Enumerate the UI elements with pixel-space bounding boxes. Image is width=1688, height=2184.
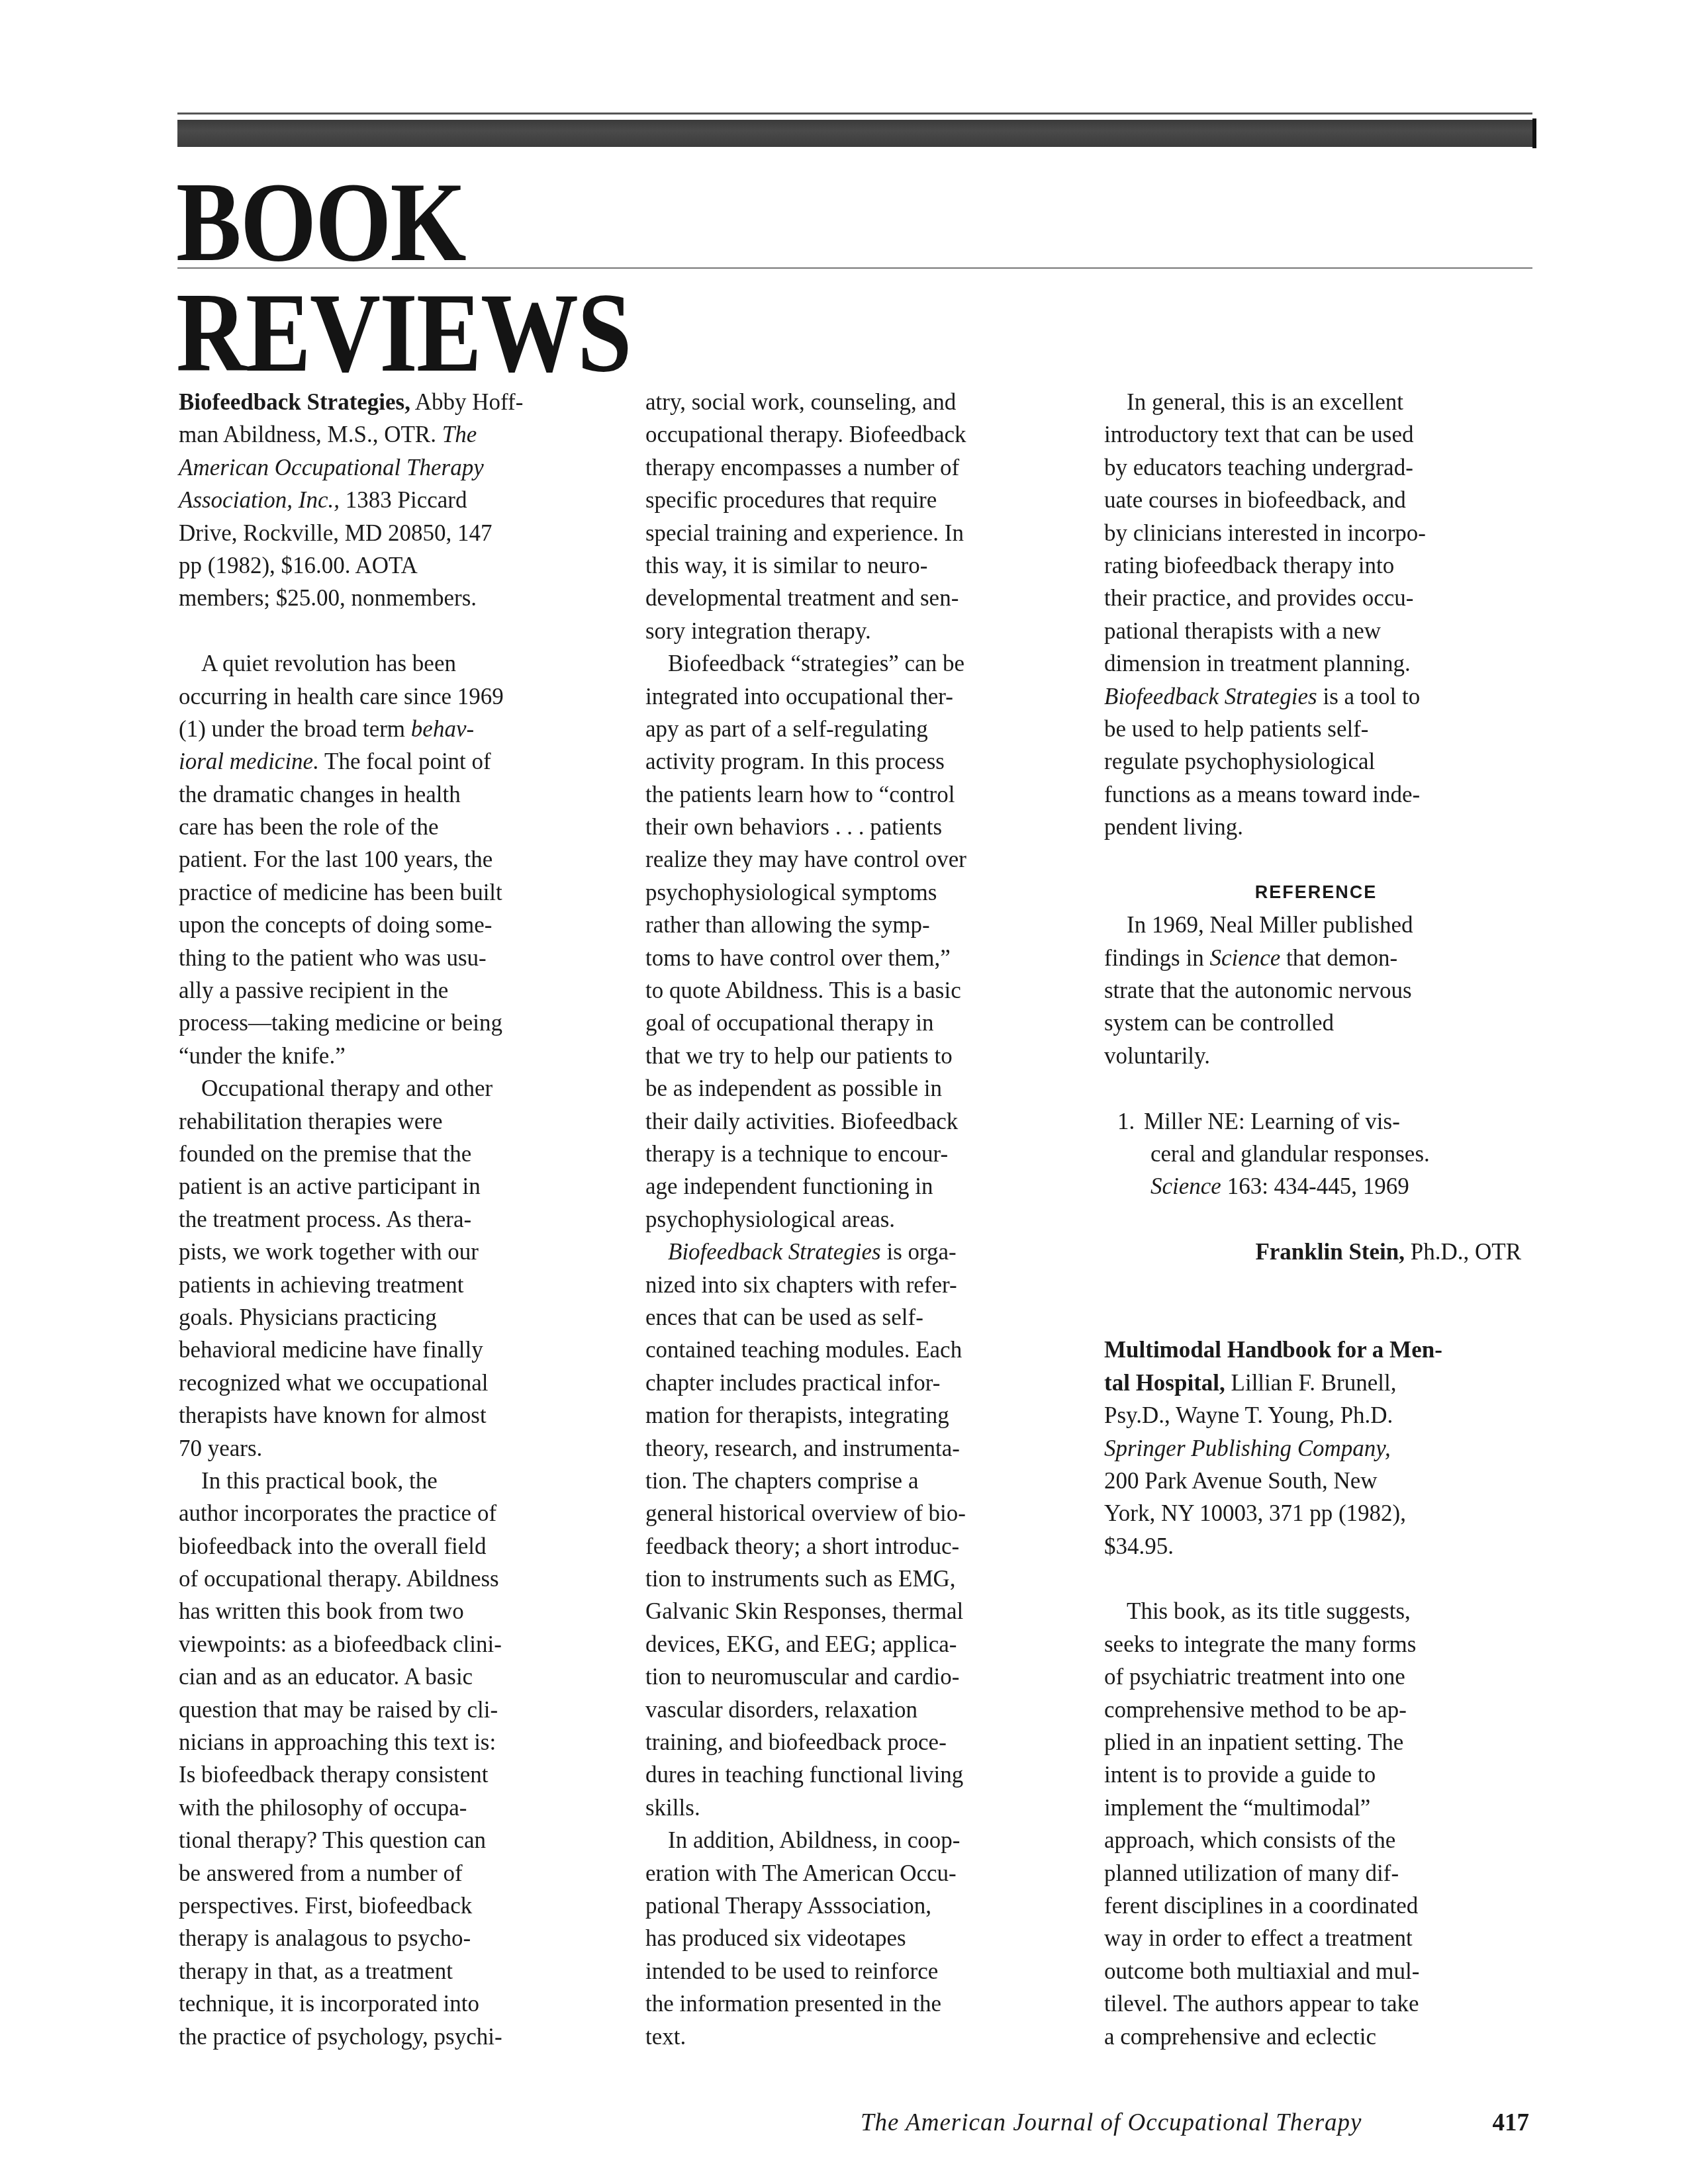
text-line: ferent disciplines in a coordinated <box>1104 1889 1528 1922</box>
header-bar <box>177 120 1532 147</box>
page-footer: The American Journal of Occupational The… <box>861 2109 1529 2137</box>
spacer <box>1104 1301 1528 1334</box>
text-line: their own behaviors . . . patients <box>645 811 1069 843</box>
text-line: viewpoints: as a biofeedback clini- <box>179 1628 602 1661</box>
text-line: tion to instruments such as EMG, <box>645 1563 1069 1595</box>
text-line: uate courses in biofeedback, and <box>1104 484 1528 516</box>
text-line: this way, it is similar to neuro- <box>645 549 1069 582</box>
text-line: has produced six videotapes <box>645 1922 1069 1954</box>
text-line: the patients learn how to “control <box>645 778 1069 811</box>
text-line: realize they may have control over <box>645 843 1069 876</box>
text-line: nicians in approaching this text is: <box>179 1726 602 1758</box>
text-line: be as independent as possible in <box>645 1072 1069 1105</box>
text-line: to quote Abildness. This is a basic <box>645 974 1069 1007</box>
text-line: toms to have control over them,” <box>645 942 1069 974</box>
text-line: planned utilization of many dif- <box>1104 1857 1528 1889</box>
citation-line: York, NY 10003, 371 pp (1982), <box>1104 1497 1528 1529</box>
text-line: voluntarily. <box>1104 1040 1528 1072</box>
text-line: In this practical book, the <box>179 1465 602 1497</box>
text-line: therapy is analagous to psycho- <box>179 1922 602 1954</box>
text-line: Biofeedback Strategies is a tool to <box>1104 680 1528 713</box>
text-line: text. <box>645 2021 1069 2053</box>
text-line: tional therapy? This question can <box>179 1824 602 1856</box>
text-line: patients in achieving treatment <box>179 1269 602 1301</box>
text-line: rating biofeedback therapy into <box>1104 549 1528 582</box>
page-number: 417 <box>1493 2109 1530 2137</box>
text-line: specific procedures that require <box>645 484 1069 516</box>
citation-line: American Occupational Therapy <box>179 451 602 484</box>
text-line: be answered from a number of <box>179 1857 602 1889</box>
text-line: pational therapists with a new <box>1104 615 1528 647</box>
text-line: developmental treatment and sen- <box>645 582 1069 614</box>
citation-line: pp (1982), $16.00. AOTA <box>179 549 602 582</box>
text-line: Biofeedback “strategies” can be <box>645 647 1069 680</box>
text-line: question that may be raised by cli- <box>179 1694 602 1726</box>
text-line: founded on the premise that the <box>179 1138 602 1170</box>
citation-line: tal Hospital, Lillian F. Brunell, <box>1104 1367 1528 1399</box>
text-line: Biofeedback Strategies is orga- <box>645 1236 1069 1268</box>
book-title: Multimodal Handbook for a Men- <box>1104 1334 1528 1366</box>
book-title-italic: Biofeedback Strategies <box>1104 684 1317 709</box>
text-line: thing to the patient who was usu- <box>179 942 602 974</box>
text-line: introductory text that can be used <box>1104 418 1528 451</box>
text-line: by educators teaching undergrad- <box>1104 451 1528 484</box>
text-line: pational Therapy Asssociation, <box>645 1889 1069 1922</box>
text-line: ences that can be used as self- <box>645 1301 1069 1334</box>
text-line: general historical overview of bio- <box>645 1497 1069 1529</box>
text-line: therapists have known for almost <box>179 1399 602 1432</box>
text-line: pendent living. <box>1104 811 1528 843</box>
book-title-italic: Biofeedback Strategies <box>668 1239 881 1265</box>
text-line: dures in teaching functional living <box>645 1758 1069 1791</box>
text-line: skills. <box>645 1792 1069 1824</box>
text-line: with the philosophy of occupa- <box>179 1792 602 1824</box>
text-line: seeks to integrate the many forms <box>1104 1628 1528 1661</box>
spacer <box>179 615 602 647</box>
text-line: cian and as an educator. A basic <box>179 1661 602 1693</box>
text-line: patient is an active participant in <box>179 1170 602 1203</box>
text-line: goal of occupational therapy in <box>645 1007 1069 1039</box>
text-line: implement the “multimodal” <box>1104 1792 1528 1824</box>
text-line: of occupational therapy. Abildness <box>179 1563 602 1595</box>
text-line: their practice, and provides occu- <box>1104 582 1528 614</box>
text-line: therapy is a technique to encour- <box>645 1138 1069 1170</box>
text-line: vascular disorders, relaxation <box>645 1694 1069 1726</box>
text-line: ioral medicine. The focal point of <box>179 745 602 778</box>
text-line: special training and experience. In <box>645 517 1069 549</box>
text-line: goals. Physicians practicing <box>179 1301 602 1334</box>
reference-item-line: ceral and glandular responses. <box>1104 1138 1528 1170</box>
text-line: mation for therapists, integrating <box>645 1399 1069 1432</box>
text-line: practice of medicine has been built <box>179 876 602 909</box>
citation-line: Springer Publishing Company, <box>1104 1432 1528 1465</box>
text-line: the information presented in the <box>645 1987 1069 2020</box>
text-line: perspectives. First, biofeedback <box>179 1889 602 1922</box>
section-title-line1: BOOK <box>176 165 465 279</box>
text-line: devices, EKG, and EEG; applica- <box>645 1628 1069 1661</box>
text-line: author incorporates the practice of <box>179 1497 602 1529</box>
reference-item: 1.Miller NE: Learning of vis- <box>1104 1105 1528 1138</box>
text-line: In addition, Abildness, in coop- <box>645 1824 1069 1856</box>
text-line: process—taking medicine or being <box>179 1007 602 1039</box>
text-line: upon the concepts of doing some- <box>179 909 602 941</box>
text-line: eration with The American Occu- <box>645 1857 1069 1889</box>
text-line: the practice of psychology, psychi- <box>179 2021 602 2053</box>
text-line: Galvanic Skin Responses, thermal <box>645 1595 1069 1627</box>
text-line: care has been the role of the <box>179 811 602 843</box>
text-line: theory, research, and instrumenta- <box>645 1432 1069 1465</box>
text-line: apy as part of a self-regulating <box>645 713 1069 745</box>
citation-line: Biofeedback Strategies, Abby Hoff- <box>179 386 602 418</box>
citation-line: Drive, Rockville, MD 20850, 147 <box>179 517 602 549</box>
citation-line: members; $25.00, nonmembers. <box>179 582 602 614</box>
text-line: has written this book from two <box>179 1595 602 1627</box>
spacer <box>1104 1563 1528 1595</box>
spacer <box>1104 843 1528 876</box>
text-line: rehabilitation therapies were <box>179 1105 602 1138</box>
text-line: approach, which consists of the <box>1104 1824 1528 1856</box>
section-title-line2: REVIEWS <box>176 276 631 390</box>
text-line: nized into six chapters with refer- <box>645 1269 1069 1301</box>
text-line: the treatment process. As thera- <box>179 1203 602 1236</box>
column-3: In general, this is an excellent introdu… <box>1104 386 1528 2053</box>
citation-line: man Abildness, M.S., OTR. The <box>179 418 602 451</box>
text-line: contained teaching modules. Each <box>645 1334 1069 1366</box>
text-line: a comprehensive and eclectic <box>1104 2021 1528 2053</box>
citation-line: 200 Park Avenue South, New <box>1104 1465 1528 1497</box>
reviewer-credentials: Ph.D., OTR <box>1405 1239 1521 1265</box>
text-line: the dramatic changes in health <box>179 778 602 811</box>
reference-heading: REFERENCE <box>1104 876 1528 909</box>
book-title: Biofeedback Strategies, <box>179 389 410 415</box>
spacer <box>1104 1072 1528 1105</box>
reference-item-line: Science 163: 434-445, 1969 <box>1104 1170 1528 1203</box>
text-line: sory integration therapy. <box>645 615 1069 647</box>
text-line: comprehensive method to be ap- <box>1104 1694 1528 1726</box>
text-line: This book, as its title suggests, <box>1104 1595 1528 1627</box>
text-line: In general, this is an excellent <box>1104 386 1528 418</box>
text-line: that we try to help our patients to <box>645 1040 1069 1072</box>
spacer <box>1104 1269 1528 1301</box>
text-line: way in order to effect a treatment <box>1104 1922 1528 1954</box>
text-line: plied in an inpatient setting. The <box>1104 1726 1528 1758</box>
header-top-rule <box>177 113 1532 114</box>
text-line: occurring in health care since 1969 <box>179 680 602 713</box>
text-line: behavioral medicine have finally <box>179 1334 602 1366</box>
citation-line: $34.95. <box>1104 1530 1528 1563</box>
text-line: their daily activities. Biofeedback <box>645 1105 1069 1138</box>
text-line: feedback theory; a short introduc- <box>645 1530 1069 1563</box>
text-line: tion. The chapters comprise a <box>645 1465 1069 1497</box>
text-line: tion to neuromuscular and cardio- <box>645 1661 1069 1693</box>
reviewer-name: Franklin Stein, <box>1255 1239 1405 1265</box>
text-line: Occupational therapy and other <box>179 1072 602 1105</box>
text-line: rather than allowing the symp- <box>645 909 1069 941</box>
text-line: intent is to provide a guide to <box>1104 1758 1528 1791</box>
text-line: chapter includes practical infor- <box>645 1367 1069 1399</box>
spacer <box>1104 1203 1528 1236</box>
citation-line: Psy.D., Wayne T. Young, Ph.D. <box>1104 1399 1528 1432</box>
citation-line: Association, Inc., 1383 Piccard <box>179 484 602 516</box>
journal-name: The American Journal of Occupational The… <box>861 2109 1362 2136</box>
text-line: training, and biofeedback proce- <box>645 1726 1069 1758</box>
column-1: Biofeedback Strategies, Abby Hoff- man A… <box>179 386 602 2053</box>
reviewer-signature: Franklin Stein, Ph.D., OTR <box>1104 1236 1528 1268</box>
text-line: ally a passive recipient in the <box>179 974 602 1007</box>
text-line: In 1969, Neal Miller published <box>1104 909 1528 941</box>
text-line: tilevel. The authors appear to take <box>1104 1987 1528 2020</box>
text-line: recognized what we occupational <box>179 1367 602 1399</box>
text-line: system can be controlled <box>1104 1007 1528 1039</box>
header-bar-cap <box>1532 118 1536 148</box>
text-line: age independent functioning in <box>645 1170 1069 1203</box>
text-line: “under the knife.” <box>179 1040 602 1072</box>
text-line: regulate psychophysiological <box>1104 745 1528 778</box>
text-line: dimension in treatment planning. <box>1104 647 1528 680</box>
text-line: occupational therapy. Biofeedback <box>645 418 1069 451</box>
column-2: atry, social work, counseling, and occup… <box>645 386 1069 2053</box>
text-line: psychophysiological symptoms <box>645 876 1069 909</box>
title-divider-rule <box>177 267 1532 269</box>
text-line: patient. For the last 100 years, the <box>179 843 602 876</box>
text-line: psychophysiological areas. <box>645 1203 1069 1236</box>
text-line: of psychiatric treatment into one <box>1104 1661 1528 1693</box>
text-line: technique, it is incorporated into <box>179 1987 602 2020</box>
text-line: therapy encompasses a number of <box>645 451 1069 484</box>
text-line: be used to help patients self- <box>1104 713 1528 745</box>
text-line: strate that the autonomic nervous <box>1104 974 1528 1007</box>
text-line: functions as a means toward inde- <box>1104 778 1528 811</box>
text-line: (1) under the broad term behav- <box>179 713 602 745</box>
text-line: outcome both multiaxial and mul- <box>1104 1955 1528 1987</box>
text-line: pists, we work together with our <box>179 1236 602 1268</box>
text-line: biofeedback into the overall field <box>179 1530 602 1563</box>
text-line: activity program. In this process <box>645 745 1069 778</box>
text-line: Is biofeedback therapy consistent <box>179 1758 602 1791</box>
text-line: A quiet revolution has been <box>179 647 602 680</box>
text-line: therapy in that, as a treatment <box>179 1955 602 1987</box>
text-line: intended to be used to reinforce <box>645 1955 1069 1987</box>
text-line: findings in Science that demon- <box>1104 942 1528 974</box>
text-line: atry, social work, counseling, and <box>645 386 1069 418</box>
text-line: by clinicians interested in incorpo- <box>1104 517 1528 549</box>
text-line: 70 years. <box>179 1432 602 1465</box>
reference-number: 1. <box>1117 1105 1144 1138</box>
text-line: integrated into occupational ther- <box>645 680 1069 713</box>
